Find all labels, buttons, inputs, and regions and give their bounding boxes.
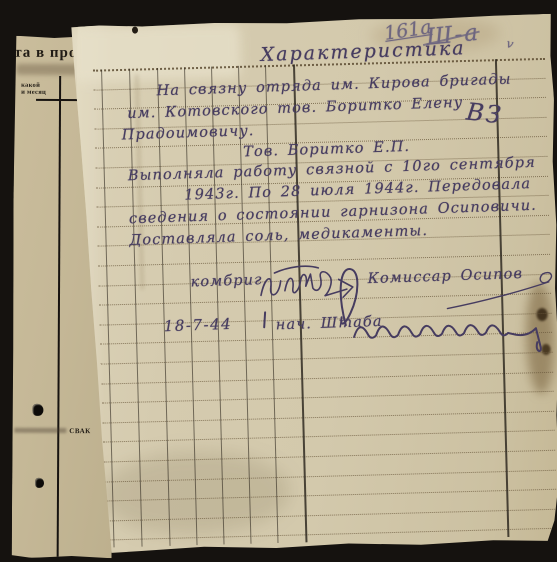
paper-speck [132, 27, 138, 34]
body-line: Доставляла соль, медикаменты. [129, 223, 428, 249]
margin-ink-mark: ВЗ [465, 97, 505, 129]
printed-table-vertical-rule [57, 76, 62, 558]
printed-stamp-fragment: СВАК [69, 427, 90, 435]
ruled-line [102, 391, 554, 404]
date-handwritten: 18-7-44 [163, 315, 232, 335]
printed-column-header-line2: и месяц [21, 89, 46, 96]
ruled-line [102, 411, 554, 424]
punch-hole [35, 478, 44, 488]
ruled-line [103, 430, 555, 443]
pencil-check-mark: v [505, 36, 515, 51]
printed-column-header: какой и месяц [21, 82, 46, 96]
faded-micro-text-row [14, 428, 66, 433]
chief-of-staff-signature [328, 256, 557, 358]
ruled-line [101, 371, 553, 384]
archival-document-photo: та в про какой и месяц СВАК 161а Ш-а v Х… [0, 0, 557, 562]
body-line: Прадоимовичу. [122, 123, 255, 143]
commander-title: комбриг [190, 272, 262, 290]
paper-highlight [70, 24, 241, 82]
ruled-line [101, 352, 553, 365]
printed-header-fragment: та в про [14, 45, 77, 62]
handwritten-document-sheet: 161а Ш-а v Характеристика На связну отря… [70, 14, 557, 554]
punch-hole [32, 404, 43, 416]
faded-print-ghost [16, 64, 80, 75]
body-line: Тов. Боритко Е.П. [243, 139, 410, 161]
